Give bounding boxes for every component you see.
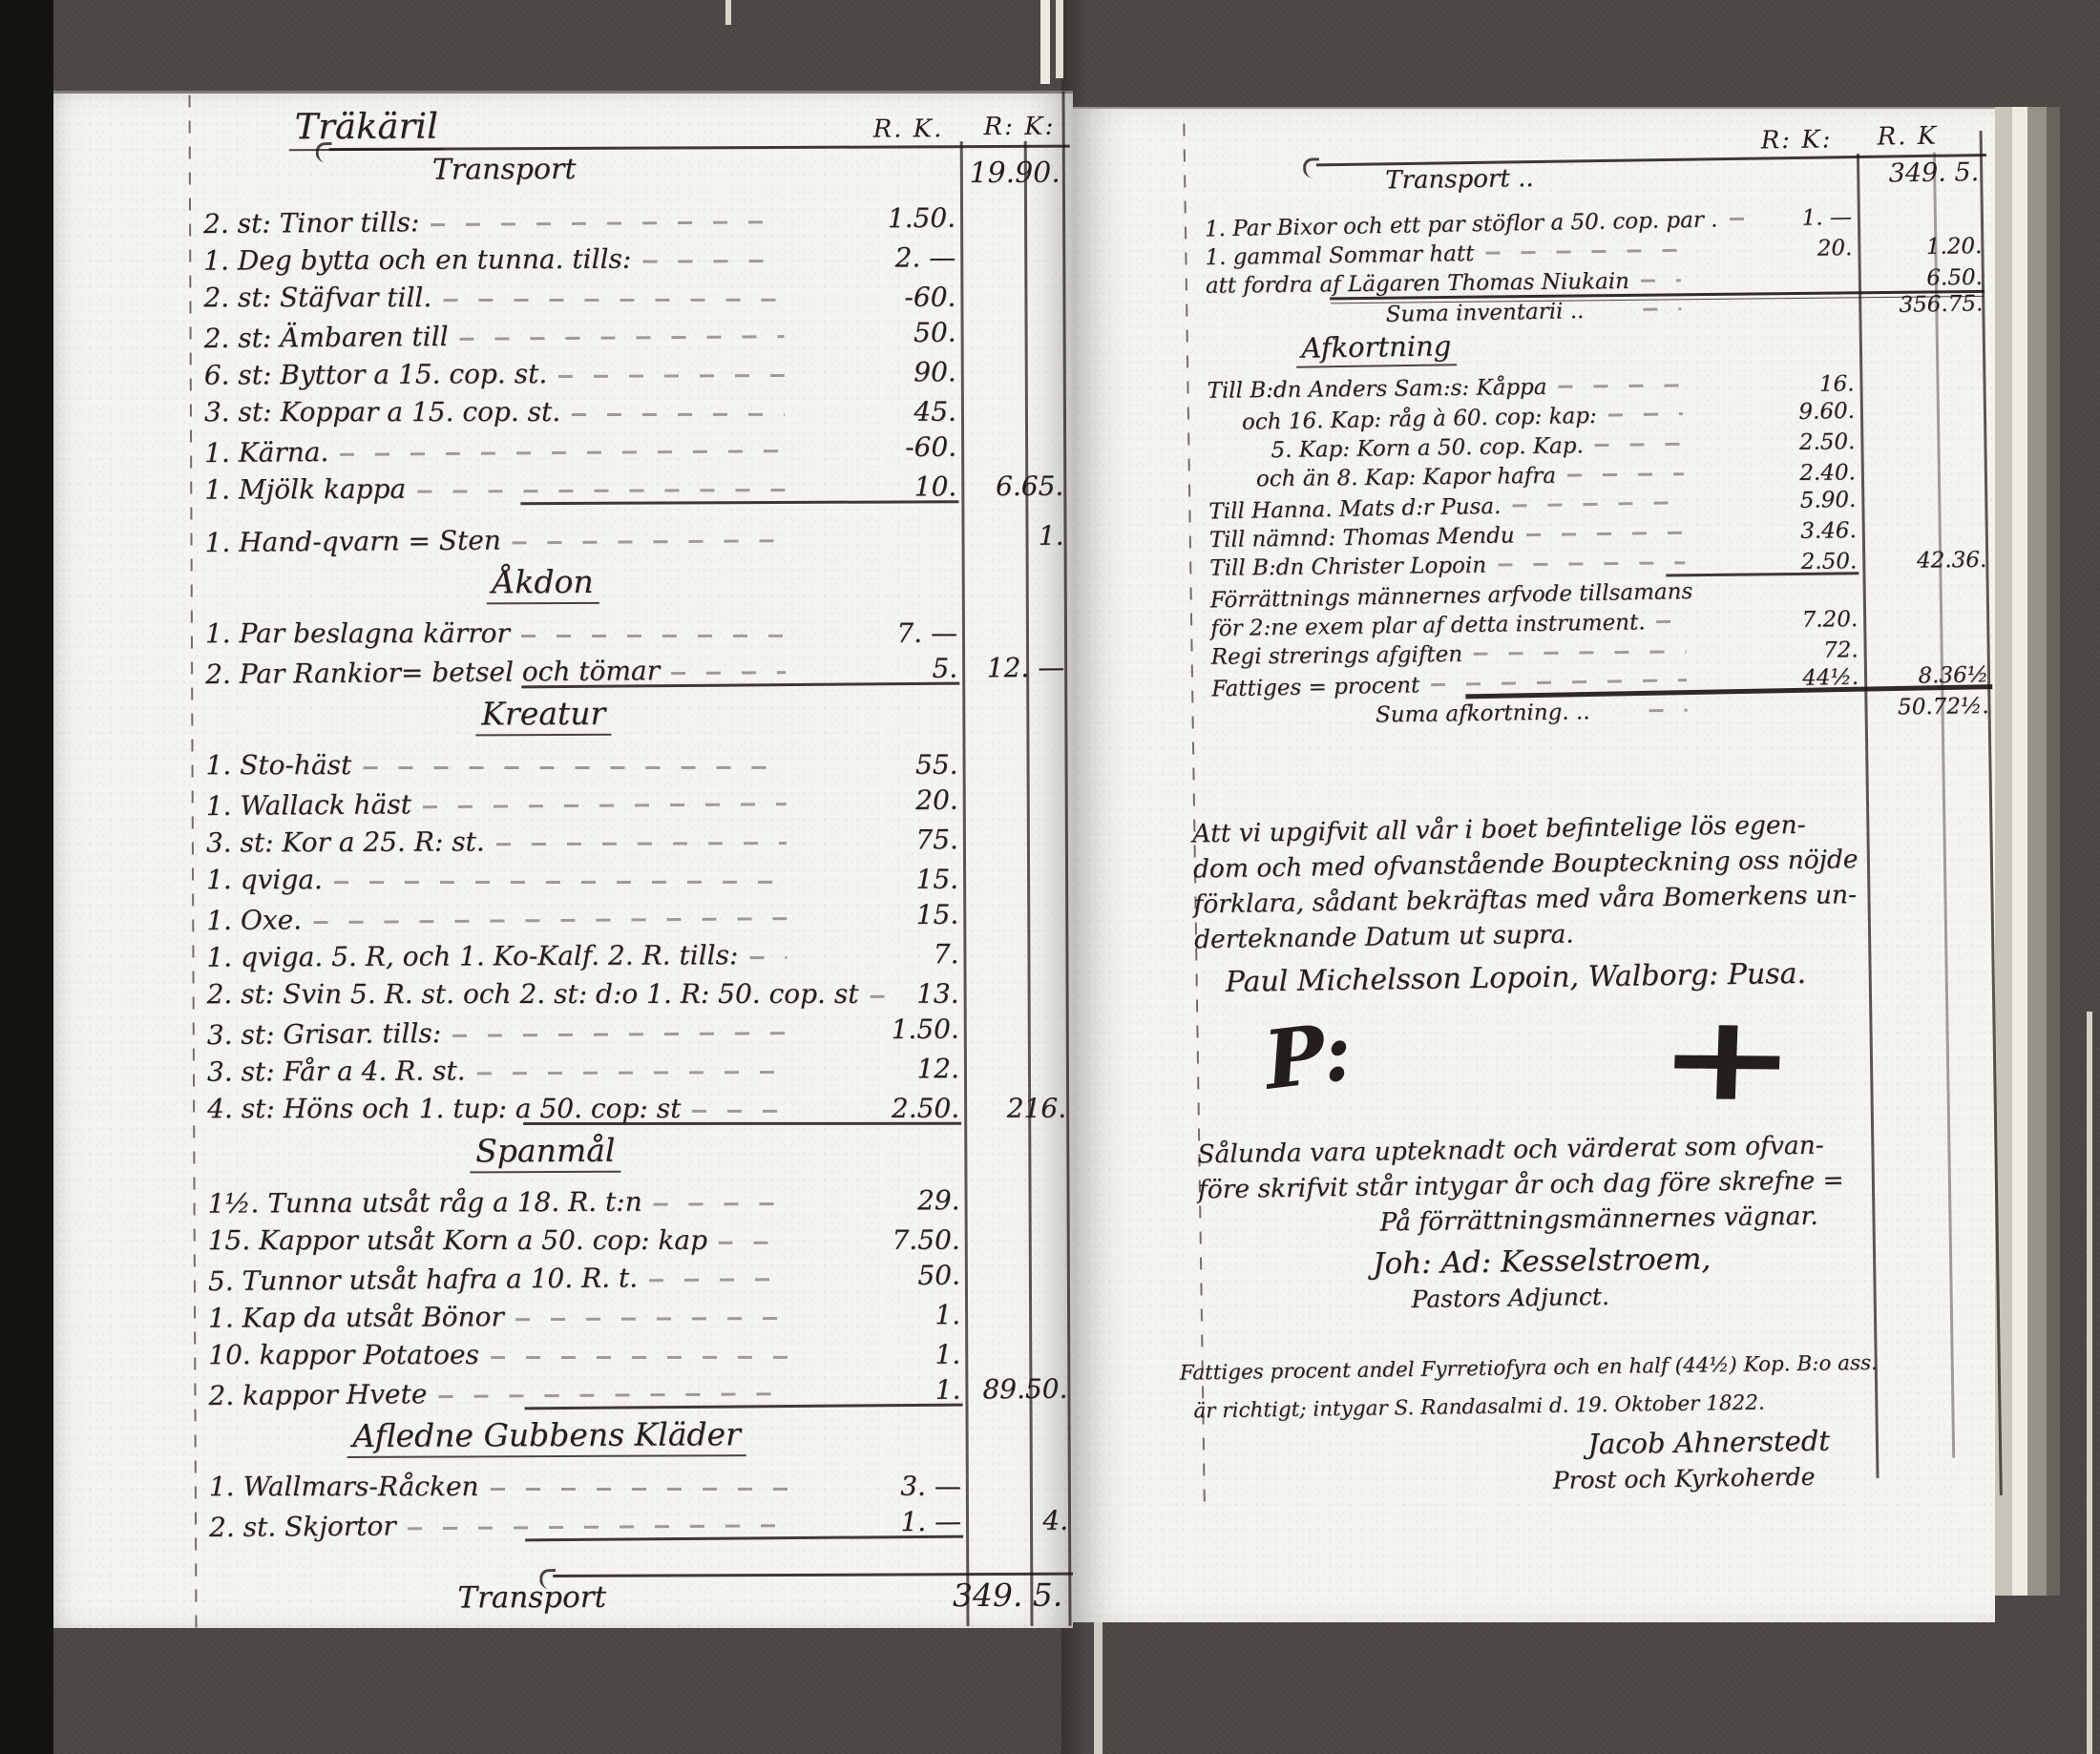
poor-relief-note: Fattiges procent andel Fyrretiofyra och …	[1180, 1343, 1973, 1430]
row-text: 1. Hand-qvarn = Sten	[204, 525, 501, 559]
leader-dashes	[1498, 561, 1685, 566]
amount-col1: 1. —	[1763, 205, 1852, 232]
leader-dashes	[692, 1110, 787, 1113]
section-heading: Afledne Gubbens Kläder	[56, 1414, 1038, 1462]
ledger-row: 1½. Tunna utsåt råg a 18. R. t:n 29.	[54, 1178, 1074, 1221]
amount-col1: 9.60.	[1692, 399, 1855, 427]
ledger-row: 4. st: Höns och 1. tup: a 50. cop: st 2.…	[54, 1086, 1074, 1125]
amount-col1: 75.	[796, 824, 958, 856]
column-header-rule	[1316, 154, 1986, 166]
ledger-row: 2. st: Svin 5. R. st. och 2. st: d:o 1. …	[54, 971, 1074, 1011]
amount-col1: 2.50.	[1692, 429, 1855, 457]
amount-col1: 12.	[797, 1053, 959, 1085]
scan-white-line	[2087, 1012, 2092, 1754]
ledger-row: 10. kappor Potatoes 1.	[55, 1332, 1075, 1371]
row-text: Till B:dn Anders Sam:s: Kåppa	[1207, 375, 1546, 404]
ledger-row: 2. st: Ämbaren till 50.	[51, 309, 1070, 356]
row-text: 1. Oxe.	[206, 904, 302, 936]
ledger-row: 2. kappor Hvete 1. 89.50.	[55, 1367, 1075, 1413]
ledger-row: 1. Mjölk kappa 10. 6.65.	[52, 464, 1071, 507]
row-text: 1. Deg bytta och en tunna. tills:	[203, 243, 631, 277]
amount-col1: 13.	[904, 978, 958, 1010]
row-text: 4. st: Höns och 1. tup: a 50. cop: st	[207, 1093, 681, 1124]
ledger-row: 3. st: Koppar a 15. cop. st. 45.	[52, 389, 1071, 428]
column-header-money-1: R. K.	[873, 115, 944, 143]
row-text: 1. Wallmars-Råcken	[209, 1471, 479, 1502]
amount-col2: 12. —	[987, 652, 1065, 684]
page-edge-layer	[2027, 107, 2047, 1596]
spine-paper-strip	[1056, 0, 1063, 78]
row-text: 6. st: Byttor a 15. cop. st.	[204, 358, 548, 391]
amount-col2: 89.50.	[982, 1373, 1067, 1406]
section-heading-text: Kreatur	[475, 695, 611, 737]
leader-dashes	[1431, 679, 1687, 686]
ledger-left-page: Träkäril R. K. R: K: Transport 19.90. 2.…	[53, 91, 1073, 1628]
ledger-row: 1. qviga. 5. R, och 1. Ko-Kalf. 2. R. ti…	[53, 931, 1073, 974]
ledger-row: 2. st: Stäfvar till. -60.	[51, 275, 1070, 314]
ledger-row: 3. st: Får a 4. R. st. 12.	[54, 1046, 1074, 1089]
leader-dashes	[313, 917, 787, 924]
ledger-rows-right: 1. Par Bixor och ett par stöflor a 50. c…	[1071, 199, 2001, 732]
leader-dashes	[1729, 218, 1753, 220]
amount-col1: 7.	[796, 938, 958, 971]
amount-col1: 10.	[794, 470, 956, 503]
row-text: 1. Wallack häst	[206, 788, 411, 822]
amount-col1: 5.90.	[1693, 488, 1856, 515]
leader-dashes	[423, 803, 787, 808]
ledger-right-page: R: K: R. K Transport .. 349. 5. 1. Par B…	[1073, 107, 1995, 1622]
ledger-row: 1. Wallmars-Råcken 3. —	[56, 1464, 1076, 1503]
leader-dashes	[642, 260, 784, 263]
row-text: 10. kappor Potatoes	[208, 1339, 479, 1370]
amount-col2: 1.	[1039, 520, 1064, 552]
amount-col1	[1691, 319, 1854, 322]
leader-dashes	[1641, 279, 1681, 282]
attestation-paragraph: Att vi upgifvit all vår i boet befinteli…	[1192, 804, 1965, 957]
paper-sliver-top	[725, 0, 731, 25]
provost-signature: Jacob Ahnerstedt Prost och Kyrkoherde	[1202, 1421, 1974, 1503]
amount-col1: 20.	[1690, 236, 1852, 263]
ledger-row: 2. st. Skjortor 1. — 4.	[56, 1498, 1076, 1545]
row-text: 2. Par Rankior= betsel och tömar	[205, 655, 660, 690]
ledger-rows-left: 2. st: Tinor tills: 1.50. 1. Deg bytta o…	[51, 197, 1076, 1543]
row-text: 5. Tunnor utsåt hafra a 10. R. t.	[208, 1262, 638, 1297]
leader-dashes	[438, 1392, 788, 1398]
amount-col1: 7.20.	[1695, 607, 1858, 635]
valuation-paragraph: Sålunda vara upteknadt och värderat som …	[1197, 1125, 1970, 1242]
leader-dashes	[363, 766, 786, 769]
amount-col2: 356.75.	[1899, 291, 1983, 318]
row-text: 2. st: Svin 5. R. st. och 2. st: d:o 1. …	[207, 978, 859, 1010]
amount-col1: 45.	[794, 396, 956, 428]
amount-col2: 6.65.	[996, 470, 1063, 502]
row-text: 1. qviga. 5. R, och 1. Ko-Kalf. 2. R. ti…	[206, 939, 738, 972]
leader-dashes	[496, 842, 787, 846]
section-heading-text: Afledne Gubbens Kläder	[346, 1415, 746, 1458]
leader-dashes	[491, 1356, 788, 1359]
leader-dashes	[1567, 472, 1684, 476]
row-text: Suma inventarii ..	[1386, 299, 1585, 327]
amount-col2: 4.	[1042, 1505, 1068, 1536]
amount-col1: 2. —	[793, 241, 955, 274]
amount-col1: 1.50.	[793, 202, 955, 235]
transport-forward-amount: 349. 5.	[953, 1577, 1063, 1615]
ledger-row: 1. Par beslagna kärror 7. —	[52, 611, 1072, 650]
ledger-row: 3. st: Grisar. tills: 1.50.	[54, 1006, 1074, 1053]
leader-dashes	[1512, 501, 1684, 507]
amount-col1: 44½.	[1696, 665, 1858, 693]
amount-col1: 5.	[795, 653, 957, 685]
row-text: 1. Kap da utsåt Bönor	[208, 1301, 504, 1333]
declarant-names: Paul Michelsson Lopoin, Walborg: Pusa.	[1225, 953, 1965, 1000]
row-text: 2. st: Ämbaren till	[203, 321, 448, 354]
ledger-row: 1. Sto-häst 55.	[53, 742, 1073, 782]
leader-dashes	[452, 1032, 787, 1037]
column-header-money-1: R: K:	[1760, 125, 1832, 155]
amount-col2: 50.72½.	[1898, 694, 1989, 720]
row-text: Till B:dn Christer Lopoin	[1209, 553, 1486, 581]
leader-dashes	[1485, 249, 1680, 255]
ledger-row: 1. qviga. 15.	[53, 857, 1073, 896]
leader-dashes	[671, 671, 786, 675]
leader-dashes	[515, 1317, 788, 1321]
amount-col1: 90.	[794, 356, 956, 388]
section-heading: Afkortning	[1073, 326, 1681, 375]
ledger-row: 3. st: Kor a 25. R: st. 75.	[53, 817, 1073, 860]
row-text: 15. Kappor utsåt Korn a 50. cop: kap	[208, 1224, 707, 1256]
row-text: 3. st: Koppar a 15. cop. st.	[204, 396, 560, 428]
leader-dashes	[334, 881, 787, 884]
row-text: 3. st: Får a 4. R. st.	[207, 1054, 466, 1087]
amount-col1: 1.	[798, 1299, 960, 1331]
ledger-row: 15. Kappor utsåt Korn a 50. cop: kap 7.5…	[55, 1218, 1075, 1257]
ledger-row: 1. Wallack häst 20.	[53, 777, 1073, 824]
amount-col1: 1. —	[799, 1506, 961, 1538]
row-text: 2. st. Skjortor	[209, 1510, 396, 1543]
row-text: och än 8. Kap: Kapor hafra	[1256, 464, 1556, 491]
amount-col1: 50.	[798, 1260, 960, 1292]
amount-col1: 7.50.	[798, 1224, 960, 1256]
amount-col1	[795, 553, 957, 553]
signature-title: Pastors Adjunct.	[1373, 1273, 1970, 1317]
bomarke-cross: +	[1654, 988, 1799, 1128]
leader-dashes	[477, 1071, 787, 1075]
leader-dashes	[460, 335, 785, 341]
leader-dashes	[491, 1488, 789, 1491]
transport-carry-amount: 19.90.	[969, 157, 1060, 190]
transport-forward-label: Transport	[457, 1580, 606, 1616]
leader-dashes	[1595, 443, 1684, 447]
leader-dashes	[719, 1242, 788, 1244]
leader-dashes	[430, 220, 784, 226]
amount-col1: 29.	[797, 1184, 959, 1217]
row-text: 1. Kärna.	[204, 436, 329, 469]
leader-dashes	[654, 1202, 788, 1206]
row-text: 1. qviga.	[206, 864, 323, 895]
amount-col1: 1.	[798, 1339, 960, 1370]
spine-paper-strip	[1040, 0, 1050, 84]
row-text: Regi strerings afgiften	[1211, 642, 1463, 670]
amount-col1: 3. —	[799, 1471, 961, 1502]
leader-dashes	[749, 956, 787, 959]
amount-col1: 20.	[796, 784, 958, 817]
row-text: 2. kappor Hvete	[208, 1378, 427, 1411]
leader-dashes	[1657, 620, 1687, 623]
leader-dashes	[521, 635, 786, 637]
amount-col1: 3.46.	[1694, 518, 1857, 546]
leader-dashes	[513, 539, 786, 544]
ledger-row: 2. st: Tinor tills: 1.50.	[51, 195, 1070, 241]
page-edge-layer	[2047, 107, 2060, 1596]
transport-carry-label: Transport ..	[1385, 164, 1534, 195]
section-heading: Kreatur	[52, 693, 1034, 741]
transport-carry-label: Transport	[432, 153, 577, 187]
column-header-money-2: R: K:	[984, 113, 1056, 141]
amount-col1: -60.	[793, 282, 955, 313]
paper-sliver-bottom	[1094, 1622, 1102, 1754]
amount-col1: 15.	[796, 899, 958, 931]
amount-col1: 15.	[796, 864, 958, 895]
row-text: 1. Mjölk kappa	[204, 473, 406, 506]
section-heading: Spanmål	[54, 1130, 1036, 1178]
row-text: 1. Par beslagna kärror	[205, 617, 510, 649]
amount-col2: 8.36½	[1918, 662, 1988, 688]
scanned-ledger-spread: { "document": { "kind": "bouppteckning-u…	[0, 0, 2100, 1754]
ledger-row: 2. Par Rankior= betsel och tömar 5. 12. …	[52, 645, 1072, 692]
leader-dashes	[1474, 650, 1687, 655]
column-header-money-2: R. K	[1877, 122, 1938, 152]
ledger-row: 1. Deg bytta och en tunna. tills: 2. —	[51, 235, 1070, 278]
bomarke-p: P:	[1259, 1004, 1356, 1108]
ledger-row: 1. Kap da utsåt Bönor 1.	[55, 1292, 1075, 1335]
leader-dashes	[1643, 307, 1681, 311]
page-edge-layer	[2012, 107, 2027, 1596]
amount-col1: 55.	[796, 749, 958, 781]
section-heading-text: Afkortning	[1295, 329, 1457, 368]
row-text: 2. st: Stäfvar till.	[203, 282, 431, 313]
amount-col1: -60.	[794, 431, 956, 464]
amount-col1: 7. —	[795, 617, 957, 649]
section-heading-text: Spanmål	[470, 1132, 620, 1174]
leader-dashes	[1526, 532, 1685, 536]
leader-dashes	[1559, 384, 1683, 387]
amount-col1	[1697, 720, 1859, 723]
ledger-row: 1. Kärna. -60.	[52, 424, 1071, 470]
leader-dashes	[443, 299, 784, 302]
leader-dashes	[408, 1524, 789, 1530]
adjunct-signature: Joh: Ad: Kesselstroem, Pastors Adjunct.	[1373, 1238, 1971, 1317]
row-text: Suma afkortning. ..	[1375, 700, 1590, 727]
ledger-row: 1. Hand-qvarn = Sten 1.	[52, 513, 1071, 560]
scan-edge-black-strip	[0, 0, 53, 1754]
row-text: 1. Sto-häst	[206, 749, 352, 781]
transport-carry-amount: 349. 5.	[1889, 157, 1980, 188]
leader-dashes	[572, 413, 785, 416]
ledger-row: 1. Oxe. 15.	[53, 891, 1073, 938]
section-heading: Åkdon	[52, 561, 1034, 609]
leader-dashes	[340, 449, 785, 456]
amount-col2: 216.	[1007, 1093, 1066, 1124]
row-text: 2. st: Tinor tills:	[203, 206, 420, 240]
row-text: 1½. Tunna utsåt råg a 18. R. t:n	[207, 1186, 641, 1220]
leader-dashes	[417, 489, 785, 493]
amount-col1: 2.50.	[797, 1093, 959, 1124]
row-text: 3. st: Kor a 25. R: st.	[206, 825, 485, 858]
leader-dashes	[870, 995, 894, 998]
page-section-heading: Träkäril	[289, 106, 444, 148]
leader-dashes	[558, 374, 785, 378]
amount-col2: 1.20.	[1926, 234, 1983, 260]
ledger-row: 5. Tunnor utsåt hafra a 10. R. t. 50.	[55, 1252, 1075, 1299]
ledger-row: 6. st: Byttor a 15. cop. st. 90.	[52, 349, 1071, 392]
leader-dashes	[1649, 709, 1688, 713]
leader-dashes	[1608, 412, 1683, 416]
section-heading-text: Åkdon	[487, 563, 599, 605]
leader-dashes	[649, 1278, 788, 1282]
row-text: 3. st: Grisar. tills:	[207, 1017, 442, 1051]
amount-col1: 1.	[798, 1374, 960, 1407]
amount-col1: 1.50.	[797, 1013, 959, 1046]
amount-col1: 50.	[793, 317, 955, 349]
